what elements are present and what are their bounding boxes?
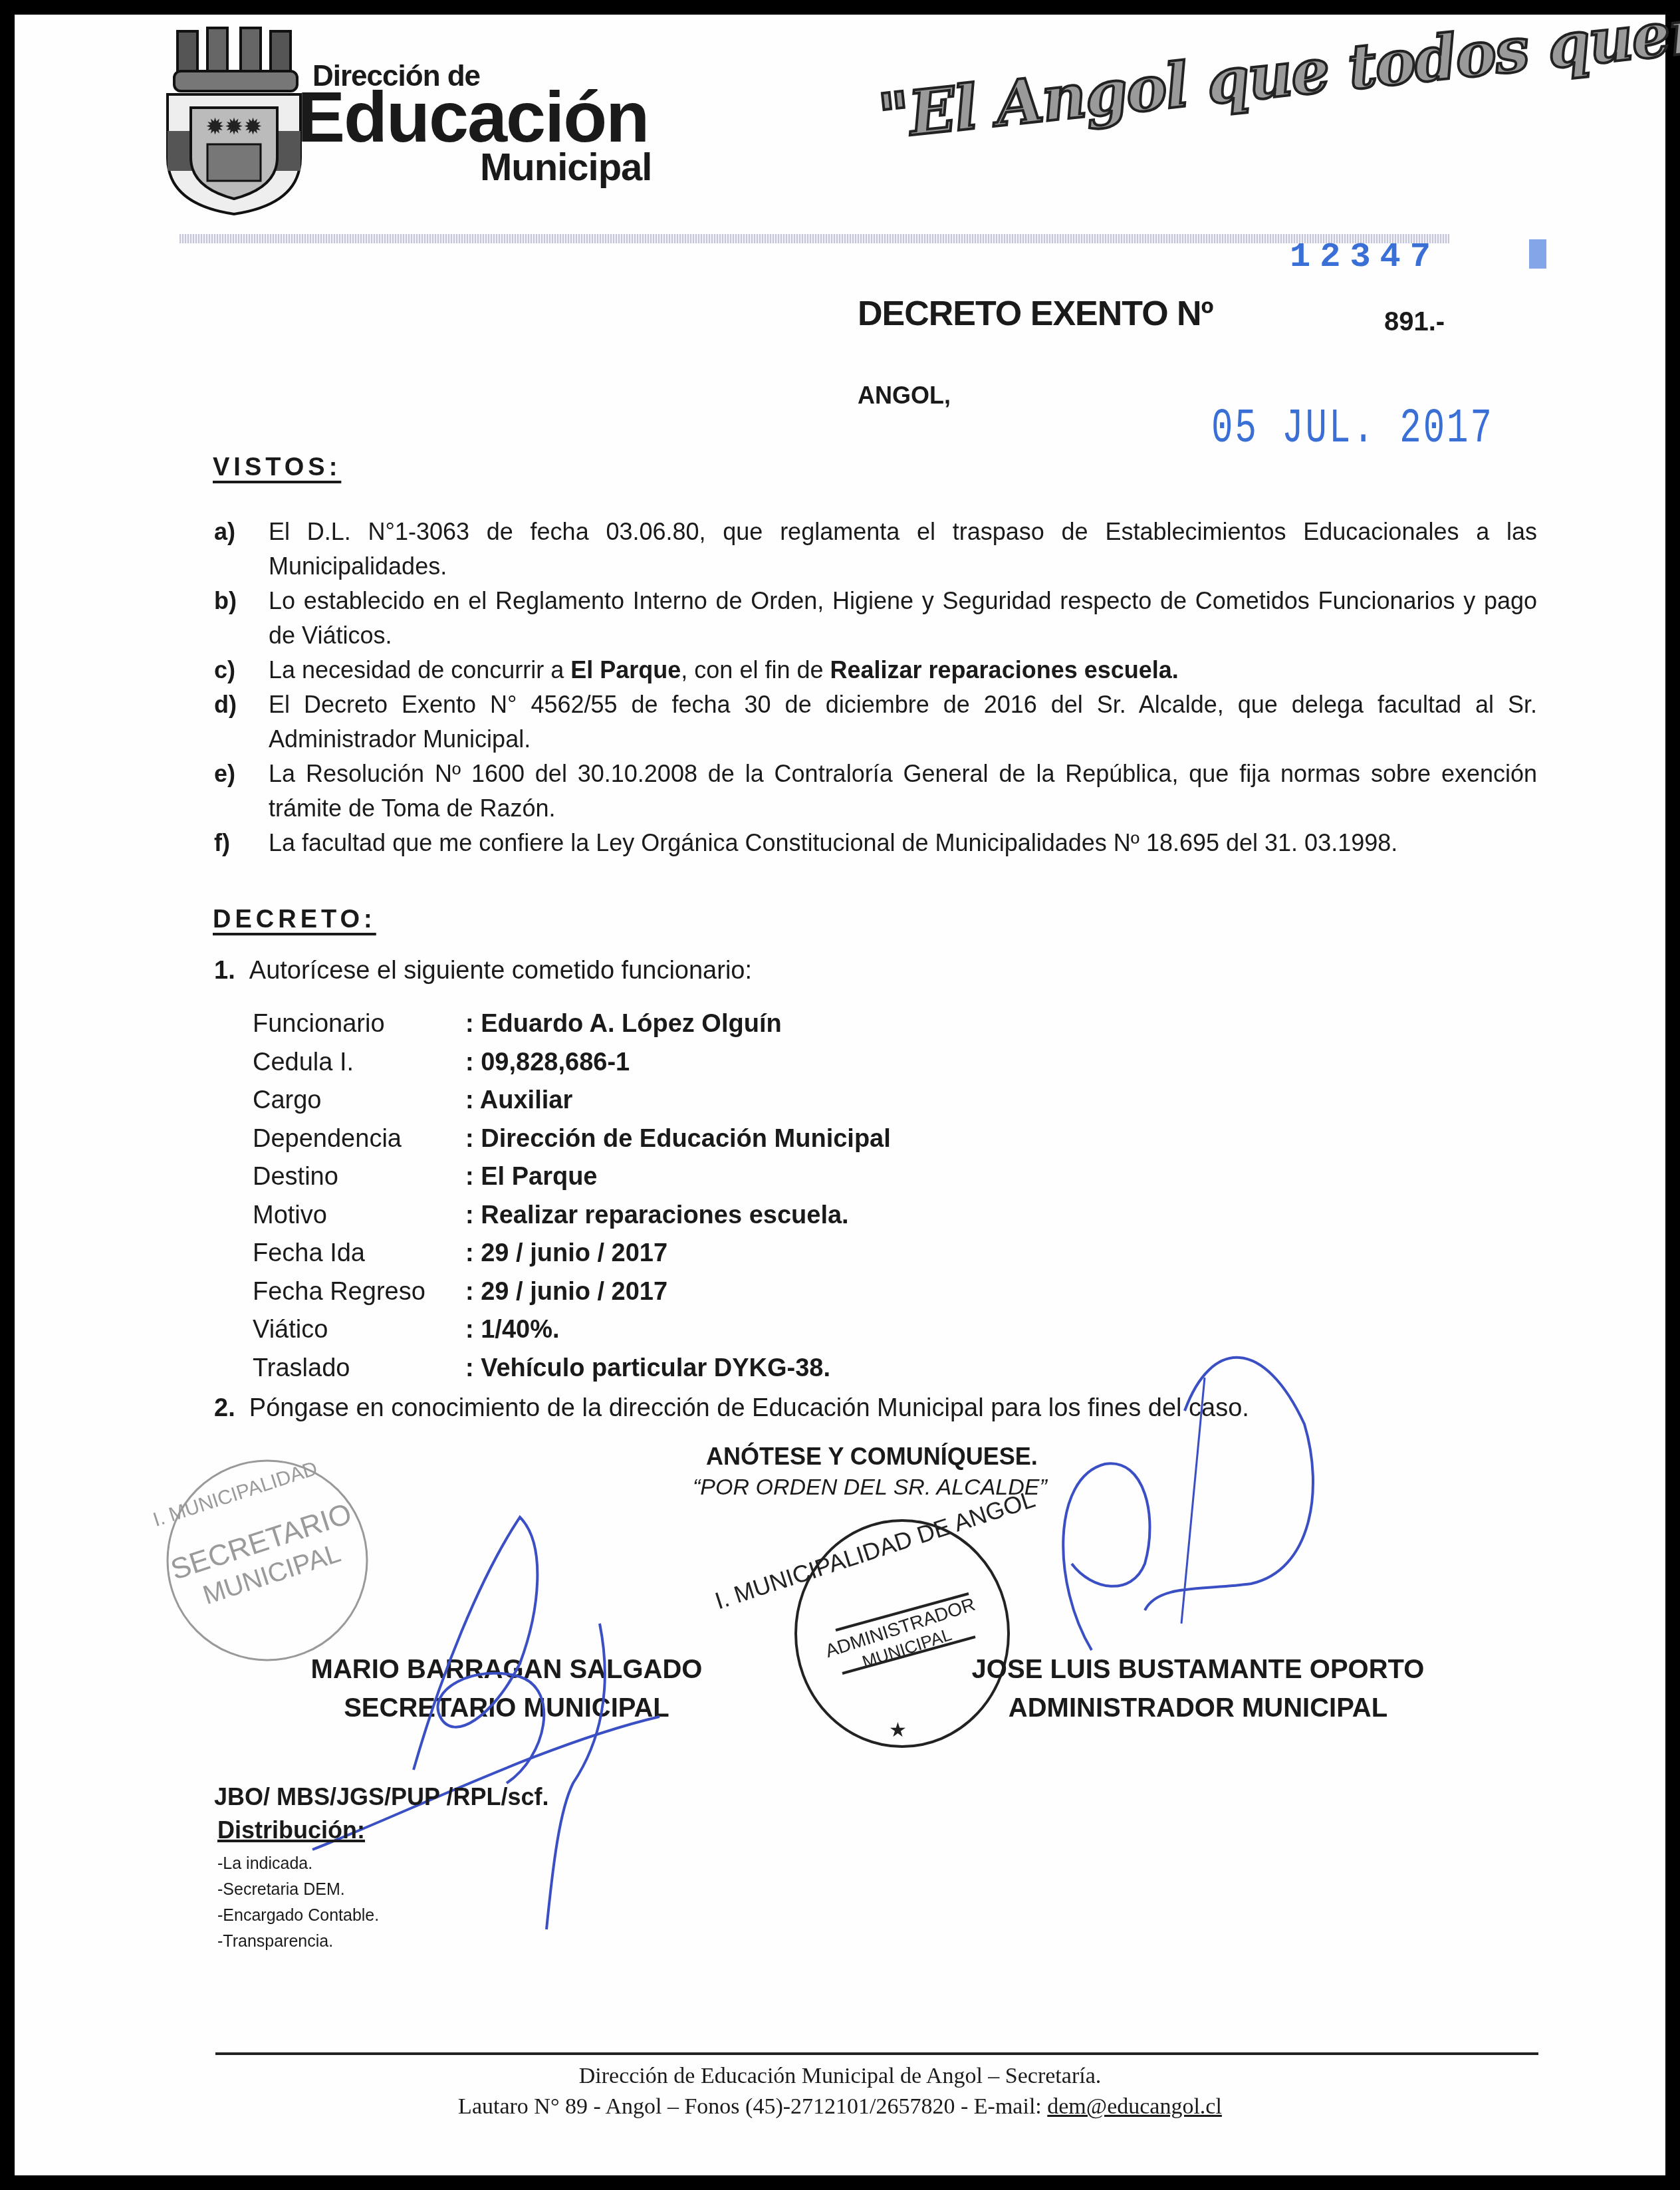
footer-line-1: Dirección de Educación Municipal de Ango… — [15, 2064, 1665, 2089]
distribution-item: -Encargado Contable. — [217, 1903, 379, 1929]
footer-contact: Lautaro N° 89 - Angol – Fonos (45)-27121… — [458, 2094, 1047, 2119]
reference-initials: JBO/ MBS/JGS/PUP /RPL/scf. — [214, 1783, 548, 1811]
distribution-item: -Transparencia. — [217, 1929, 379, 1955]
distribution-heading: Distribución: — [217, 1816, 365, 1844]
footer-line-2: Lautaro N° 89 - Angol – Fonos (45)-27121… — [15, 2094, 1665, 2120]
footer-divider — [215, 2052, 1538, 2055]
footer-email-link[interactable]: dem@educangol.cl — [1047, 2094, 1222, 2119]
distribution-item: -La indicada. — [217, 1851, 379, 1877]
document-page: ✹✹✹ Dirección de Educación Municipal "El… — [15, 15, 1665, 2175]
distribution-list: -La indicada. -Secretaria DEM. -Encargad… — [217, 1851, 379, 1955]
distribution-item: -Secretaria DEM. — [217, 1877, 379, 1903]
